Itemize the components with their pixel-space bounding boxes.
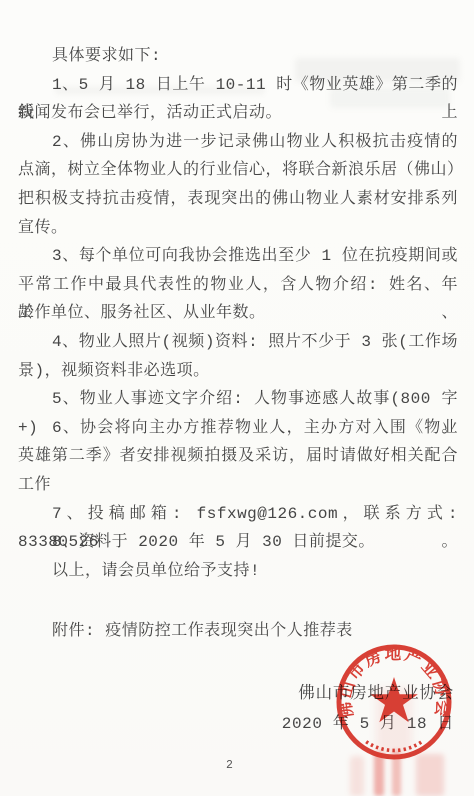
text-line: 4、物业人照片(视频)资料: 照片不少于 3 张(工作场: [18, 328, 458, 357]
text-line: 7、投稿邮箱: fsfxwg@126.com，联系方式: 83380526。: [18, 500, 458, 529]
text-line: 工作: [18, 471, 458, 500]
text-line: 3、每个单位可向我协会推选出至少 1 位在抗疫期间或: [18, 242, 458, 271]
text-line: 具体要求如下:: [18, 42, 458, 71]
document-page: 具体要求如下:1、5 月 18 日上午 10-11 时《物业英雄》第二季的线上新…: [0, 0, 474, 796]
body-text: 具体要求如下:1、5 月 18 日上午 10-11 时《物业英雄》第二季的线上新…: [18, 42, 458, 585]
text-line: 宣传。: [18, 214, 458, 243]
text-line: 6、协会将向主办方推荐物业人，主办方对入围《物业: [18, 414, 458, 443]
text-line: 1、5 月 18 日上午 10-11 时《物业英雄》第二季的线上: [18, 71, 458, 100]
text-line: 点滴，树立全体物业人的行业信心，将联合新浪乐居（佛山）: [18, 156, 458, 185]
page-number: 2: [226, 759, 233, 772]
text-line: 平常工作中最具代表性的物业人，含人物介绍: 姓名、年龄、: [18, 271, 458, 300]
text-line: 5、物业人事迹文字介绍: 人物事迹感人故事(800 字+)。: [18, 385, 458, 414]
star-icon: [370, 677, 418, 722]
attachment-line: 附件: 疫情防控工作表现突出个人推荐表: [52, 620, 353, 642]
official-seal: 佛山市房地产业协会: [334, 642, 454, 762]
text-line: 英雄第二季》者安排视频拍摄及采访，届时请做好相关配合: [18, 442, 458, 471]
text-line: 把积极支持抗击疫情，表现突出的佛山物业人素材安排系列: [18, 185, 458, 214]
text-line: 景)，视频资料非必选项。: [18, 357, 458, 386]
seal-serial-dots: [366, 742, 422, 751]
ink-streak: [350, 756, 364, 796]
text-line: 2、佛山房协为进一步记录佛山物业人积极抗击疫情的: [18, 128, 458, 157]
text-line: 以上，请会员单位给予支持!: [18, 557, 458, 586]
